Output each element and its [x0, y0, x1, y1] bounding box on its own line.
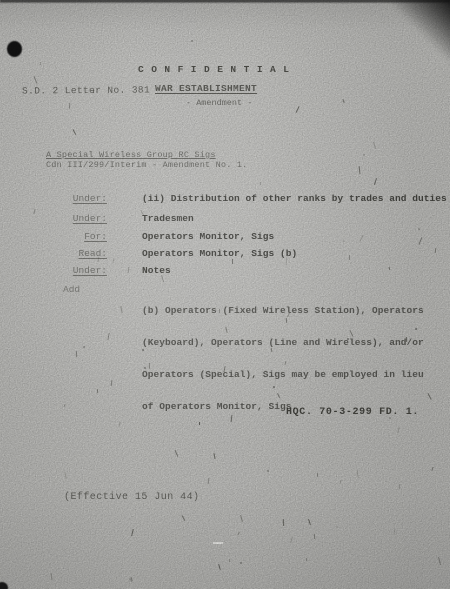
noise-tick — [373, 142, 376, 149]
noise-tick — [308, 519, 311, 525]
noise-tick — [120, 306, 122, 313]
noise-tick — [107, 333, 109, 340]
noise-speck — [191, 40, 193, 42]
unit-title: A Special Wireless Group RC Sigs — [46, 150, 216, 160]
noise-tick — [232, 259, 233, 264]
noise-tick — [130, 577, 132, 581]
noise-tick — [431, 467, 433, 471]
noise-tick — [283, 519, 285, 526]
noise-tick — [306, 558, 307, 561]
noise-tick — [213, 453, 215, 459]
noise-tick — [128, 267, 130, 273]
file-reference: HQC. 70-3-299 FD. 1. — [286, 407, 419, 418]
noise-tick — [296, 106, 300, 113]
noise-tick — [63, 404, 65, 407]
noise-tick — [240, 515, 243, 522]
noise-tick — [33, 209, 35, 214]
noise-tick — [259, 182, 260, 185]
scanned-document-page: C O N F I D E N T I A L S.D. 2 Letter No… — [0, 0, 450, 589]
classification-banner: C O N F I D E N T I A L — [138, 64, 290, 75]
document-type-heading: WAR ESTABLISHMENT — [155, 83, 257, 94]
noise-tick — [113, 258, 115, 263]
noise-speck — [363, 154, 365, 156]
amendment-label: Under: — [45, 265, 107, 276]
amendment-label: For: — [45, 231, 107, 242]
paragraph-line: Operators (Special), Sigs may be employe… — [142, 370, 444, 380]
noise-tick — [129, 578, 132, 582]
unit-reference-line: Cdn III/299/Interim - Amendment No. 1. — [46, 160, 247, 170]
amendment-label: Add — [45, 284, 107, 295]
noise-speck — [267, 470, 269, 472]
noise-tick — [97, 388, 98, 392]
letter-number: S.D. 2 Letter No. 381 — [22, 84, 150, 96]
noise-speck — [240, 562, 242, 564]
amendment-text: (ii) Distribution of other ranks by trad… — [142, 193, 444, 204]
amendment-text: Notes — [142, 265, 444, 276]
amendment-label: Under: — [45, 213, 107, 224]
amendment-label: Under: — [45, 193, 107, 204]
noise-tick — [399, 484, 401, 489]
noise-tick — [208, 478, 210, 484]
amendment-label: Read: — [45, 248, 107, 259]
noise-tick — [64, 472, 66, 479]
noise-tick — [237, 532, 240, 536]
noise-tick — [394, 529, 396, 534]
noise-tick — [343, 99, 345, 103]
effective-date-note: (Effective 15 Jun 44) — [64, 492, 199, 503]
noise-tick — [438, 557, 441, 565]
noise-tick — [182, 515, 186, 521]
noise-tick — [314, 534, 315, 539]
noise-speck — [418, 228, 420, 230]
noise-tick — [131, 529, 134, 536]
noise-tick — [356, 470, 358, 478]
paragraph-line: (Keyboard), Operators (Line and Wireless… — [142, 338, 444, 348]
noise-tick — [218, 564, 221, 570]
paragraph-line: (b) Operators (Fixed Wireless Station), … — [142, 306, 444, 316]
noise-tick — [76, 351, 78, 357]
noise-speck — [83, 346, 85, 348]
noise-tick — [33, 76, 37, 84]
noise-tick — [374, 178, 377, 185]
noise-tick — [229, 559, 231, 562]
noise-tick — [290, 537, 293, 543]
noise-tick — [316, 473, 318, 477]
document-subtitle: - Amendment - — [186, 98, 252, 108]
scan-corner-spot — [0, 582, 8, 589]
noise-tick — [39, 62, 40, 65]
amendment-text: Operators Monitor, Sigs (b) — [142, 248, 444, 259]
amendment-text: Tradesmen — [142, 213, 444, 224]
noise-tick — [73, 129, 77, 135]
noise-tick — [174, 450, 178, 457]
hole-punch-mark — [7, 41, 22, 57]
scratch-mark — [213, 542, 223, 544]
noise-tick — [340, 480, 342, 484]
noise-tick — [359, 166, 361, 174]
noise-tick — [51, 573, 53, 580]
noise-tick — [69, 103, 71, 110]
amendment-text: Operators Monitor, Sigs — [142, 231, 444, 242]
noise-speck — [336, 526, 338, 528]
noise-tick — [118, 422, 120, 427]
page-corner-shadow — [363, 0, 450, 73]
noise-tick — [111, 380, 113, 386]
